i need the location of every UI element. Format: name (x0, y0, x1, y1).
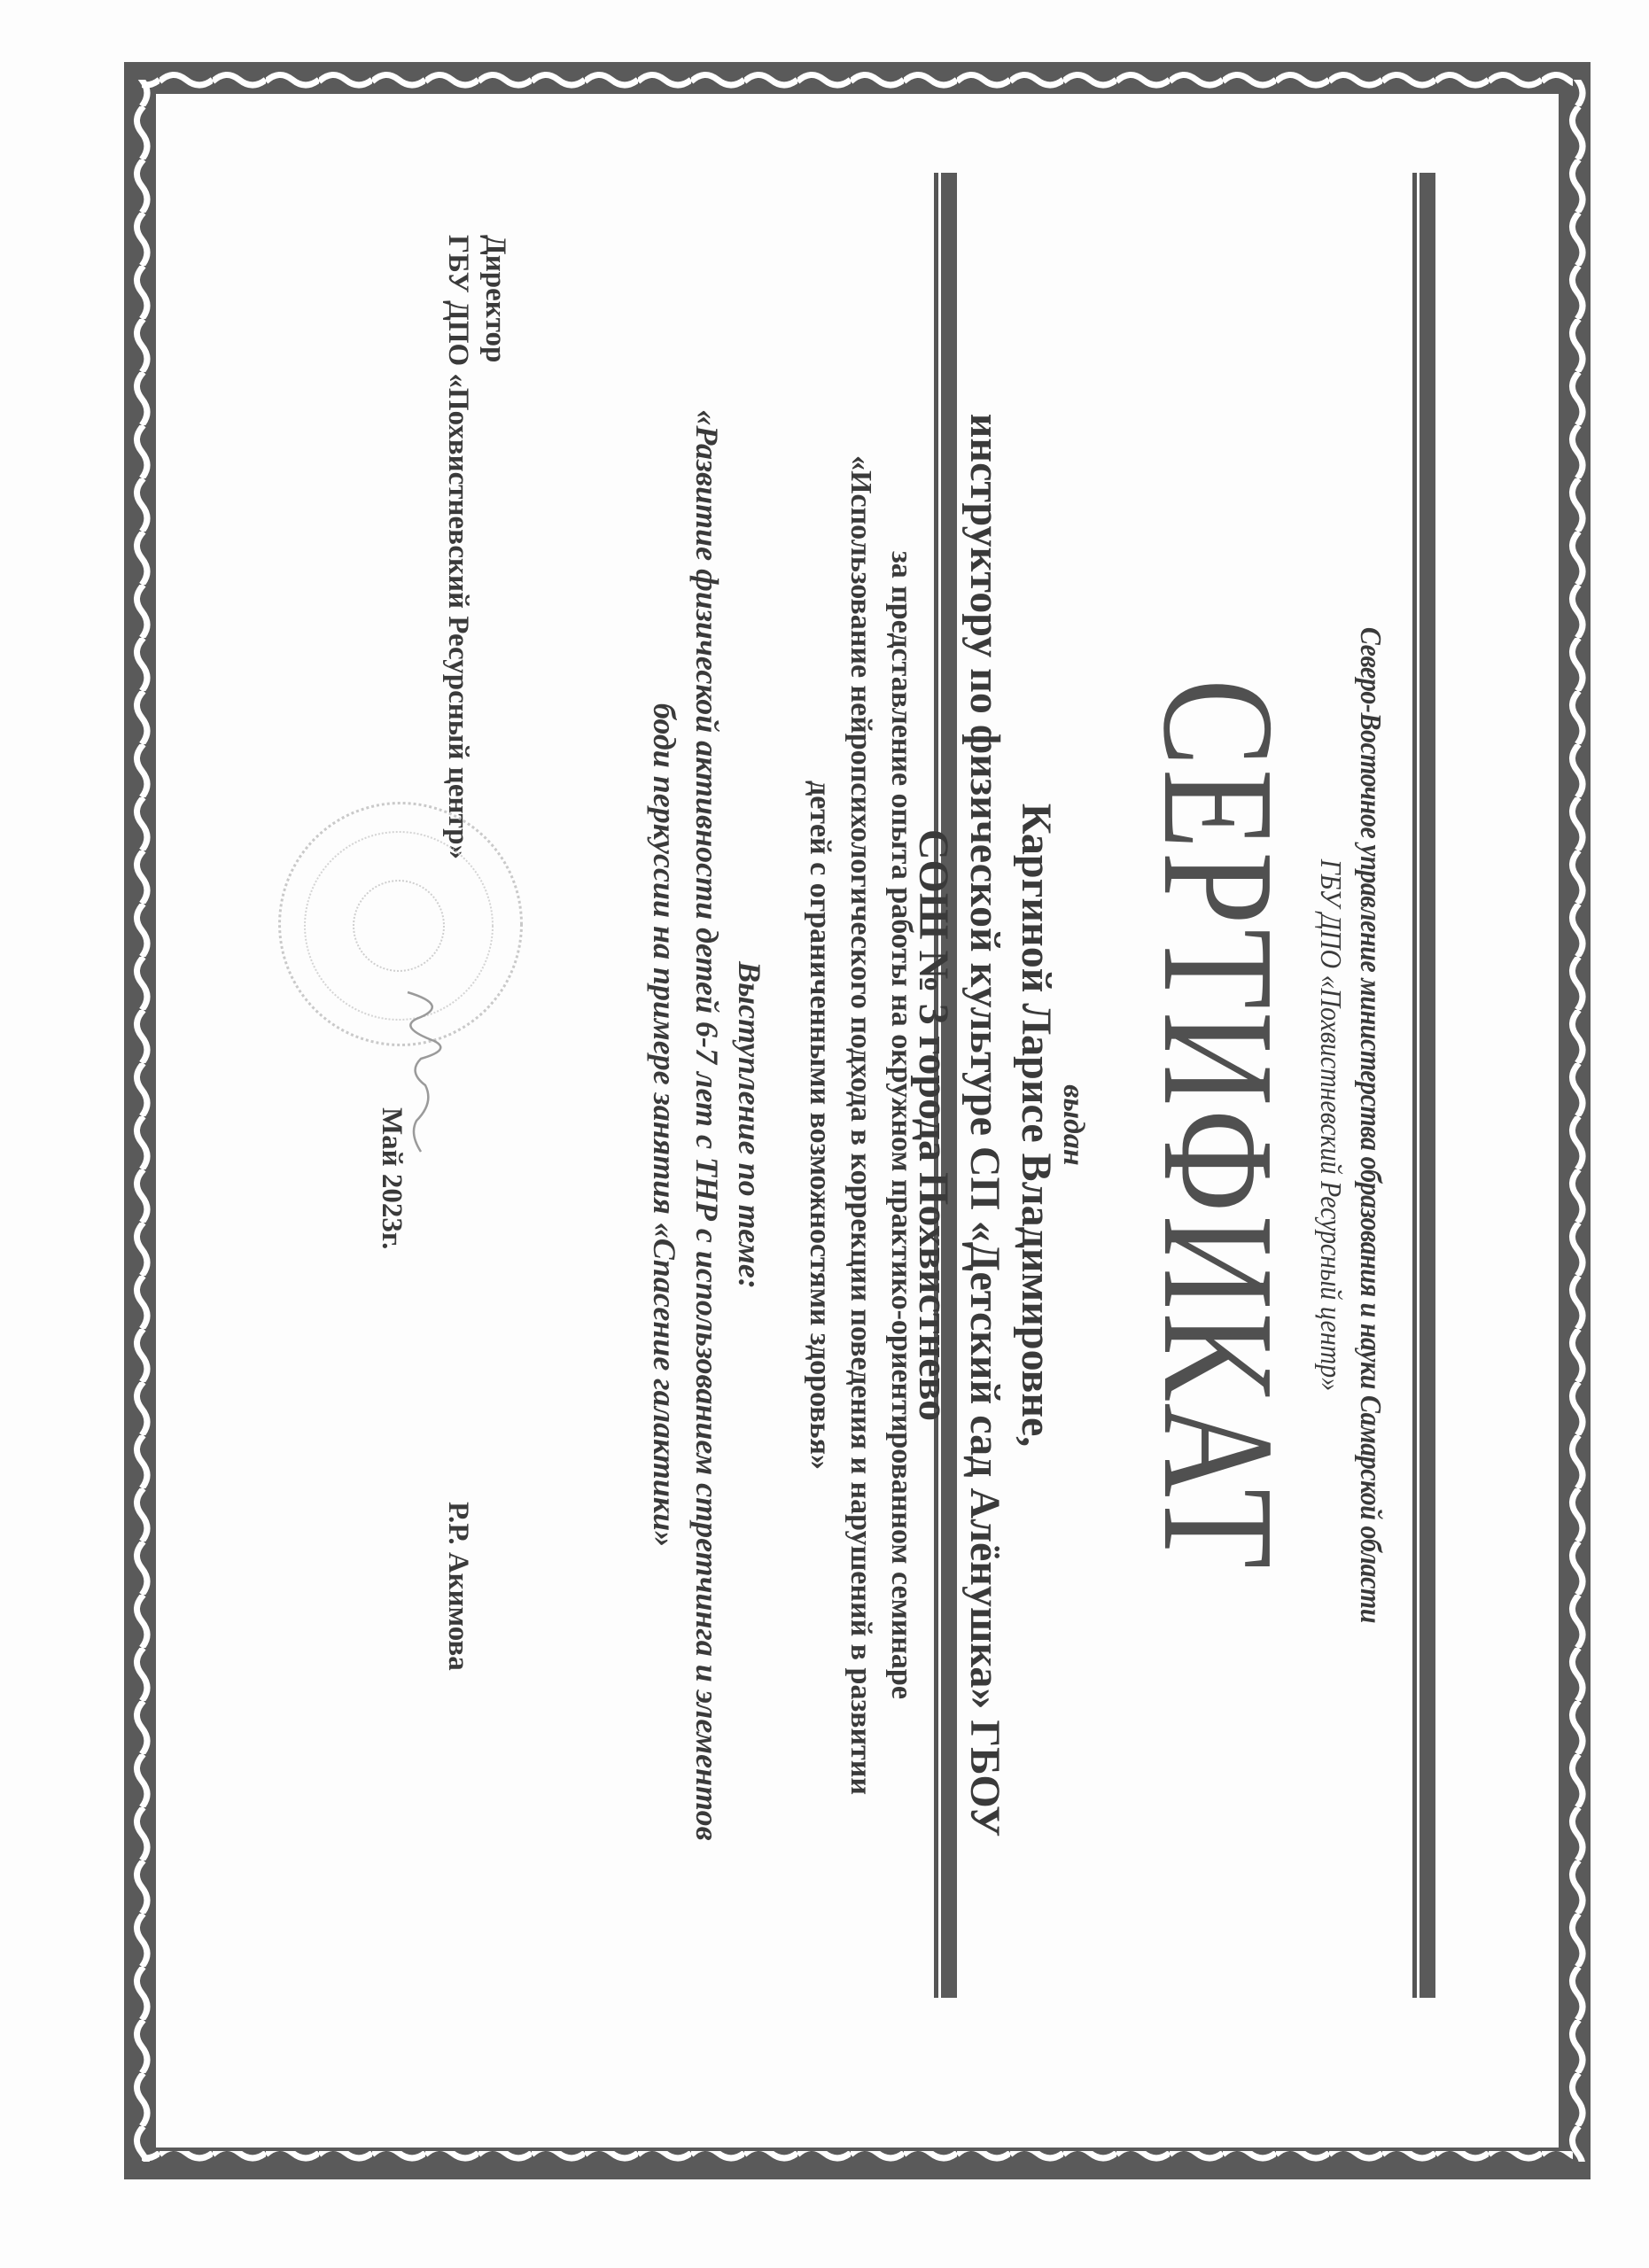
talk-label: Выступление по теме: (728, 137, 771, 2113)
reason-block: за представление опыта работы на окружно… (799, 137, 922, 2113)
signatory-title: Директор ГБУ ДПО «Похвистневский Ресурсн… (439, 235, 514, 859)
seminar-title-line: «Использование нейропсихологического под… (840, 137, 881, 2113)
divider-top (1417, 173, 1435, 1998)
certificate-content: Северо-Восточное управление министерства… (159, 137, 1489, 2113)
certificate-page: Северо-Восточное управление министерства… (0, 0, 1649, 2268)
signatory-position: Директор (477, 235, 514, 859)
talk-title-line: боди перкуссии на примере занятия «Спасе… (643, 137, 686, 2113)
issue-date: Май 2023г. (375, 1107, 408, 1249)
signatory-name: Р.Р. Акимова (441, 1502, 474, 1671)
reason-line: за представление опыта работы на окружно… (881, 137, 922, 2113)
talk-title-line: «Развитие физической активности детей 6-… (686, 137, 728, 2113)
recipient-block: Каргиной Ларисе Владимировне, инструктор… (907, 137, 1062, 2113)
talk-block: Выступление по теме: «Развитие физическо… (643, 137, 771, 2113)
certificate-title: СЕРТИФИКАТ (1139, 315, 1298, 1936)
issuer-line-1: Северо-Восточное управление министерства… (1353, 256, 1387, 1994)
seminar-title-line: детей с ограниченными возможностями здор… (799, 137, 840, 2113)
issuer-line-2: ГБУ ДПО «Похвистневский Ресурсный центр» (1313, 256, 1347, 1994)
recipient-position: инструктору по физической культуре СП «Д… (959, 137, 1010, 2113)
signatory-organization: ГБУ ДПО «Похвистневский Ресурсный центр» (439, 235, 477, 859)
recipient-name: Каргиной Ларисе Владимировне, (1010, 137, 1062, 2113)
